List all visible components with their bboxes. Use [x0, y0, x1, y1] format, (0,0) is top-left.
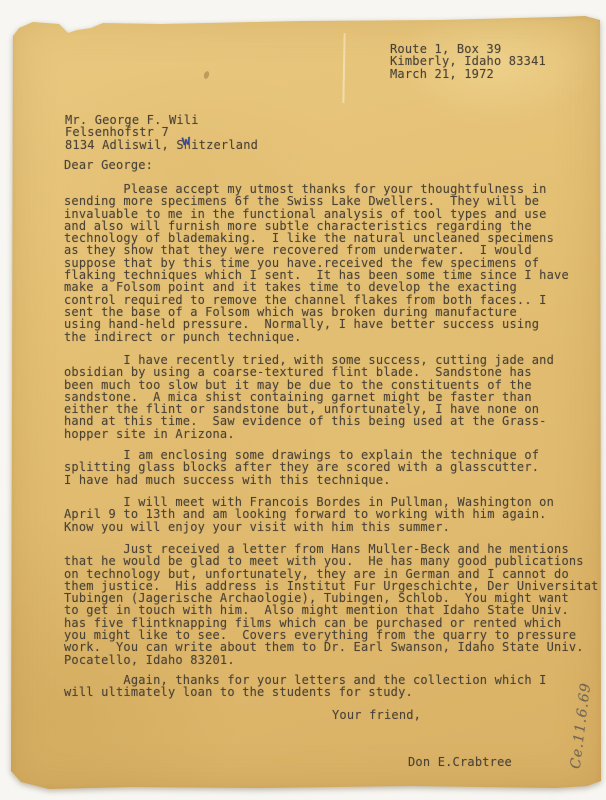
signature: Don E.Crabtree [408, 756, 512, 768]
closing: Your friend, [332, 709, 421, 721]
paragraph-4: I will meet with Francois Bordes in Pull… [64, 496, 554, 533]
return-address: Route 1, Box 39 Kimberly, Idaho 83341 Ma… [390, 43, 546, 80]
salutation: Dear George: [64, 159, 153, 171]
handwritten-correction: hw [184, 139, 191, 151]
scanned-letter-page: Route 1, Box 39 Kimberly, Idaho 83341 Ma… [0, 0, 606, 800]
recipient-address: Mr. George F. Wili Felsenhofstr 7 [65, 114, 199, 139]
recipient-city-pre: 8134 Adliswil, S [65, 138, 184, 152]
handwritten-archive-number: Ce.11.6.69 [569, 675, 599, 776]
paragraph-5: Just received a letter from Hans Muller-… [64, 543, 599, 666]
letter-text-layer: Route 1, Box 39 Kimberly, Idaho 83341 Ma… [0, 0, 606, 800]
recipient-city-post: itzerland [191, 138, 258, 152]
paragraph-1: Please accept my utmost thanks for your … [64, 183, 569, 343]
paragraph-2: I have recently tried, with some success… [64, 354, 554, 440]
recipient-city-line: 8134 Adliswil, Shwitzerland [65, 139, 258, 151]
blue-ink-correction: w [181, 135, 191, 148]
paragraph-6: Again, thanks for your letters and the c… [64, 674, 547, 699]
paragraph-3: I am enclosing some drawings to explain … [64, 449, 539, 486]
